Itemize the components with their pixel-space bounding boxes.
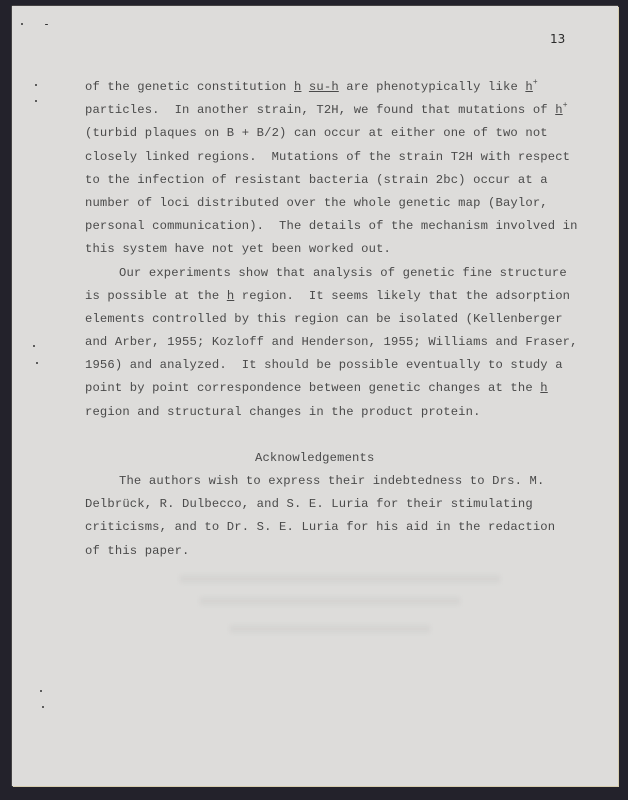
text-line: personal communication). The details of … (85, 215, 585, 238)
text-line: Our experiments show that analysis of ge… (85, 262, 585, 285)
bleed-through-text (200, 597, 460, 605)
text-line: closely linked regions. Mutations of the… (85, 146, 585, 169)
text-span: region. It seems likely that the adsorpt… (234, 289, 570, 303)
superscript: + (533, 78, 538, 87)
bleed-through-text (180, 575, 500, 583)
text-span: are phenotypically like (339, 80, 526, 94)
paragraph-acknowledgements: The authors wish to express their indebt… (85, 470, 585, 563)
bleed-through-text (230, 625, 430, 633)
margin-mark (45, 24, 48, 25)
text-span: of the genetic constitution (85, 80, 294, 94)
underlined-gene-symbol: su-h (309, 80, 339, 94)
text-line: this system have not yet been worked out… (85, 238, 585, 261)
underlined-gene-symbol: h (555, 103, 562, 117)
paragraph-genetic-constitution: of the genetic constitution h su-h are p… (85, 76, 585, 262)
text-line: region and structural changes in the pro… (85, 401, 585, 424)
text-line: The authors wish to express their indebt… (85, 470, 585, 493)
text-line: particles. In another strain, T2H, we fo… (85, 99, 585, 122)
document-body: of the genetic constitution h su-h are p… (85, 76, 585, 563)
paragraph-fine-structure: Our experiments show that analysis of ge… (85, 262, 585, 424)
text-line: of this paper. (85, 540, 585, 563)
text-span (301, 80, 308, 94)
margin-mark (35, 84, 37, 86)
margin-mark (36, 362, 38, 364)
text-line: elements controlled by this region can b… (85, 308, 585, 331)
text-line: (turbid plaques on B + B/2) can occur at… (85, 122, 585, 145)
text-line: criticisms, and to Dr. S. E. Luria for h… (85, 516, 585, 539)
margin-mark (21, 23, 23, 25)
margin-mark (35, 100, 37, 102)
text-line: of the genetic constitution h su-h are p… (85, 76, 585, 99)
section-heading: Acknowledgements (85, 447, 585, 470)
page-number: 13 (550, 32, 565, 46)
text-line: is possible at the h region. It seems li… (85, 285, 585, 308)
text-line: and Arber, 1955; Kozloff and Henderson, … (85, 331, 585, 354)
underlined-gene-symbol: h (525, 80, 532, 94)
text-line: number of loci distributed over the whol… (85, 192, 585, 215)
text-span: point by point correspondence between ge… (85, 381, 540, 395)
margin-mark (40, 690, 42, 692)
text-line: Delbrück, R. Dulbecco, and S. E. Luria f… (85, 493, 585, 516)
text-line: 1956) and analyzed. It should be possibl… (85, 354, 585, 377)
superscript: + (563, 101, 568, 110)
margin-mark (33, 345, 35, 347)
text-span: particles. In another strain, T2H, we fo… (85, 103, 555, 117)
text-line: point by point correspondence between ge… (85, 377, 585, 400)
text-line: to the infection of resistant bacteria (… (85, 169, 585, 192)
underlined-gene-symbol: h (540, 381, 547, 395)
margin-mark (42, 706, 44, 708)
text-span: is possible at the (85, 289, 227, 303)
